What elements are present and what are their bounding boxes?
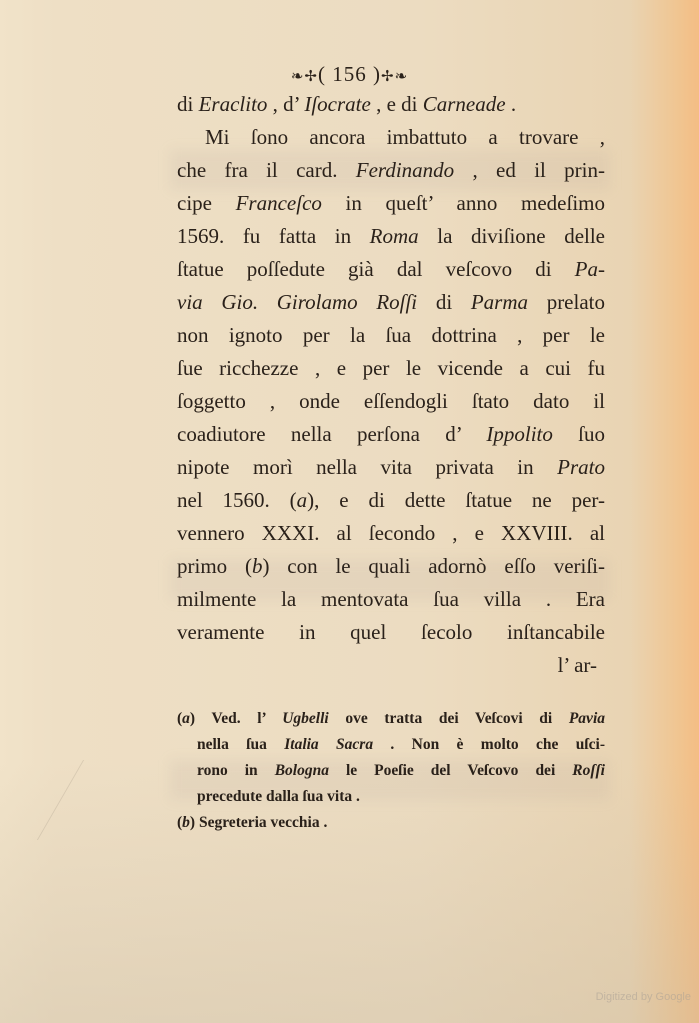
text-line: nel 1560. (a), e di dette ſtatue ne per-: [177, 484, 605, 517]
watermark: Digitized by Google: [596, 991, 691, 1003]
italic-text: Carneade: [423, 92, 506, 116]
text-run: ) Segreteria vecchia .: [190, 814, 327, 831]
ornament-right-icon: ✢❧: [381, 69, 408, 85]
text-run: Mi ſono ancora imbattuto a trovare ,: [205, 125, 605, 149]
text-run: vennero XXXI. al ſecondo , e XXVIII. al: [177, 521, 605, 545]
text-run: , d’: [267, 92, 304, 116]
text-run: di: [417, 290, 471, 314]
text-run: ſuo: [553, 422, 605, 446]
text-line: di Eraclito , d’ Iſocrate , e di Carnead…: [177, 88, 605, 121]
text-line: nipote morì nella vita privata in Prato: [177, 451, 605, 484]
italic-text: Ugbelli: [282, 710, 329, 727]
text-run: che fra il card.: [177, 158, 356, 182]
text-run: . Non è molto che uſci-: [373, 736, 605, 753]
italic-text: Parma: [471, 290, 528, 314]
italic-text: Prato: [557, 455, 605, 479]
text-line: cipe Franceſco in queſt’ anno medeſimo: [177, 187, 605, 220]
text-run: l’ ar-: [558, 653, 597, 677]
italic-text: b: [182, 814, 190, 831]
italic-text: b: [252, 554, 263, 578]
text-line: ſtatue poſſedute già dal veſcovo di Pa-: [177, 253, 605, 286]
text-run: ), e di dette ſtatue ne per-: [307, 488, 605, 512]
italic-text: Bologna: [275, 762, 329, 779]
italic-text: Pavia: [569, 710, 605, 727]
text-run: prelato: [528, 290, 605, 314]
text-run: ) con le quali adornò eſſo veriſi-: [262, 554, 605, 578]
text-run: , e di: [371, 92, 423, 116]
text-run: nipote morì nella vita privata in: [177, 455, 557, 479]
paper-crease: [0, 760, 84, 840]
text-run: milmente la mentovata ſua villa . Era: [177, 587, 605, 611]
text-run: ſoggetto , onde eſſendogli ſtato dato il: [177, 389, 605, 413]
text-line: ſoggetto , onde eſſendogli ſtato dato il: [177, 385, 605, 418]
text-line: Mi ſono ancora imbattuto a trovare ,: [177, 121, 605, 154]
text-line: milmente la mentovata ſua villa . Era: [177, 583, 605, 616]
text-run: ſtatue poſſedute già dal veſcovo di: [177, 257, 575, 281]
text-line: vennero XXXI. al ſecondo , e XXVIII. al: [177, 517, 605, 550]
main-text: di Eraclito , d’ Iſocrate , e di Carnead…: [177, 88, 605, 682]
text-run: la diviſione delle: [419, 224, 605, 248]
text-run: cipe: [177, 191, 236, 215]
text-line: che fra il card. Ferdinando , ed il prin…: [177, 154, 605, 187]
page-number: ( 156 ): [318, 62, 381, 86]
footnote-line: (b) Segreteria vecchia .: [177, 810, 605, 836]
text-run: di: [177, 92, 199, 116]
italic-text: Franceſco: [236, 191, 322, 215]
italic-text: Ippolito: [486, 422, 553, 446]
text-run: rono in: [197, 762, 275, 779]
text-run: .: [506, 92, 517, 116]
text-line: primo (b) con le quali adornò eſſo veriſ…: [177, 550, 605, 583]
italic-text: Eraclito: [199, 92, 268, 116]
text-run: non ignoto per la ſua dottrina , per le: [177, 323, 605, 347]
text-run: primo (: [177, 554, 252, 578]
text-line: non ignoto per la ſua dottrina , per le: [177, 319, 605, 352]
book-page: ❧✢( 156 )✢❧ di Eraclito , d’ Iſocrate , …: [0, 0, 699, 1023]
text-run: nella ſua: [197, 736, 284, 753]
footnote-line: precedute dalla ſua vita .: [177, 784, 605, 810]
page-header: ❧✢( 156 )✢❧: [0, 62, 699, 87]
text-run: coadiutore nella perſona d’: [177, 422, 486, 446]
text-run: veramente in quel ſecolo inſtancabile: [177, 620, 605, 644]
italic-text: a: [297, 488, 308, 512]
text-line: veramente in quel ſecolo inſtancabile: [177, 616, 605, 649]
text-run: ove tratta dei Veſcovi di: [329, 710, 569, 727]
italic-text: a: [182, 710, 190, 727]
text-line: via Gio. Girolamo Roſſi di Parma prelato: [177, 286, 605, 319]
footnotes: (a) Ved. l’ Ugbelli ove tratta dei Veſco…: [177, 706, 605, 836]
ornament-left-icon: ❧✢: [291, 69, 318, 85]
italic-text: Roma: [370, 224, 419, 248]
text-line: l’ ar-: [177, 649, 605, 682]
italic-text: Ferdinando: [356, 158, 454, 182]
text-run: ſue ricchezze , e per le vicende a cui f…: [177, 356, 605, 380]
text-run: nel 1560. (: [177, 488, 297, 512]
italic-text: Iſocrate: [304, 92, 370, 116]
italic-text: Roſſi: [572, 762, 605, 779]
text-run: 1569. fu fatta in: [177, 224, 370, 248]
text-run: ) Ved. l’: [190, 710, 282, 727]
text-line: 1569. fu fatta in Roma la diviſione dell…: [177, 220, 605, 253]
footnote-line: (a) Ved. l’ Ugbelli ove tratta dei Veſco…: [177, 706, 605, 732]
text-run: le Poeſie del Veſcovo dei: [329, 762, 572, 779]
text-run: in queſt’ anno medeſimo: [322, 191, 605, 215]
text-run: precedute dalla ſua vita .: [197, 788, 360, 805]
italic-text: Italia Sacra: [284, 736, 373, 753]
italic-text: via Gio. Girolamo Roſſi: [177, 290, 417, 314]
text-run: , ed il prin-: [454, 158, 605, 182]
italic-text: Pa-: [575, 257, 605, 281]
footnote-line: rono in Bologna le Poeſie del Veſcovo de…: [177, 758, 605, 784]
text-line: coadiutore nella perſona d’ Ippolito ſuo: [177, 418, 605, 451]
text-line: ſue ricchezze , e per le vicende a cui f…: [177, 352, 605, 385]
footnote-line: nella ſua Italia Sacra . Non è molto che…: [177, 732, 605, 758]
